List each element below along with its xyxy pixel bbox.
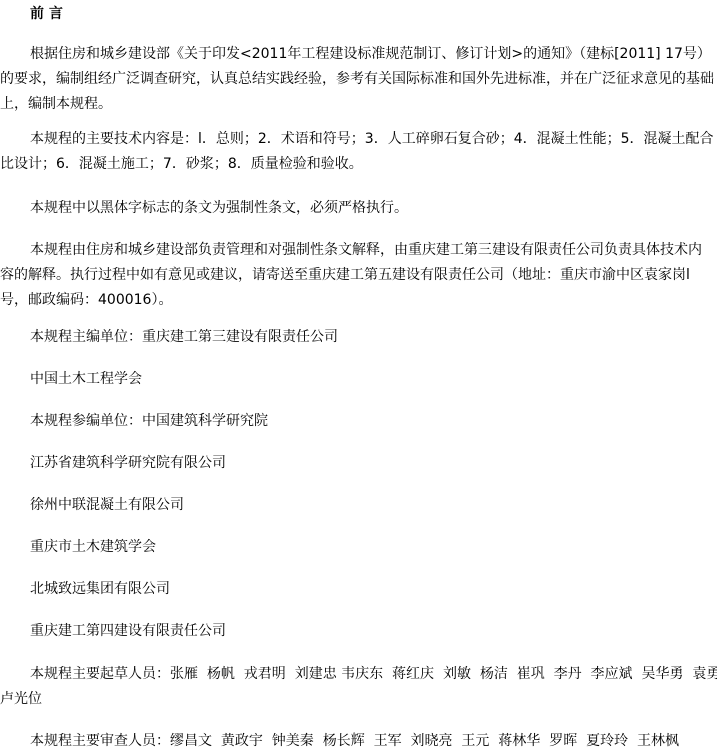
paragraph-reviewers: 本规程主要审查人员：缪昌文 黄政宇 钟美秦 杨长辉 王军 刘晓亮 王元 蒋林华 … <box>0 729 717 747</box>
paragraph-line: 北城致远集团有限公司 <box>0 577 717 602</box>
paragraph-main-contents: 本规程的主要技术内容是：l．总则；2．术语和符号；3．人工碎卵石复合砂；4．混凝… <box>0 127 717 177</box>
paragraph-line: 卢光位 <box>0 687 717 712</box>
paragraph-line: 重庆建工第四建设有限责任公司 <box>0 619 717 644</box>
paragraph-management: 本规程由住房和城乡建设部负责管理和对强制性条文解释，由重庆建工第三建设有限责任公… <box>0 238 717 313</box>
paragraph-line: 徐州中联混凝土有限公司 <box>0 493 717 518</box>
paragraph-participant-3: 徐州中联混凝土有限公司 <box>0 493 717 518</box>
paragraph-basis: 根据住房和城乡建设部《关于印发<2011年工程建设标准规范制订、修订计划>的通知… <box>0 42 717 117</box>
paragraph-line: 容的解释。执行过程中如有意见或建议，请寄送至重庆建工第五建设有限责任公司（地址：… <box>0 263 717 288</box>
paragraph-mandatory: 本规程中以黑体字标志的条文为强制性条文，必须严格执行。 <box>0 196 717 221</box>
paragraph-participant-6: 重庆建工第四建设有限责任公司 <box>0 619 717 644</box>
paragraph-line: 本规程主编单位：重庆建工第三建设有限责任公司 <box>0 325 717 350</box>
paragraph-line: 重庆市土木建筑学会 <box>0 535 717 560</box>
paragraph-line: 号，邮政编码：400016）。 <box>0 288 717 313</box>
paragraph-line: 根据住房和城乡建设部《关于印发<2011年工程建设标准规范制订、修订计划>的通知… <box>0 42 717 67</box>
paragraph-drafters: 本规程主要起草人员：张雁 杨帆 戎君明 刘建忠 韦庆东 蒋红庆 刘敏 杨洁 崔巩… <box>0 662 717 712</box>
paragraph-line: 比设计；6．混凝土施工；7．砂浆；8．质量检验和验收。 <box>0 152 717 177</box>
paragraph-line: 上，编制本规程。 <box>0 92 717 117</box>
paragraph-line: 本规程参编单位：中国建筑科学研究院 <box>0 409 717 434</box>
paragraph-chief-editor: 本规程主编单位：重庆建工第三建设有限责任公司 <box>0 325 717 350</box>
paragraph-participant-2: 江苏省建筑科学研究院有限公司 <box>0 451 717 476</box>
paragraph-participants: 本规程参编单位：中国建筑科学研究院 <box>0 409 717 434</box>
paragraph-line: 本规程主要起草人员：张雁 杨帆 戎君明 刘建忠 韦庆东 蒋红庆 刘敏 杨洁 崔巩… <box>0 662 717 687</box>
paragraph-line: 本规程的主要技术内容是：l．总则；2．术语和符号；3．人工碎卵石复合砂；4．混凝… <box>0 127 717 152</box>
paragraph-line: 本规程中以黑体字标志的条文为强制性条文，必须严格执行。 <box>0 196 717 221</box>
paragraph-participant-5: 北城致远集团有限公司 <box>0 577 717 602</box>
paragraph-line: 江苏省建筑科学研究院有限公司 <box>0 451 717 476</box>
paragraph-line: 中国土木工程学会 <box>0 367 717 392</box>
paragraph-chief-editor-2: 中国土木工程学会 <box>0 367 717 392</box>
paragraph-participant-4: 重庆市土木建筑学会 <box>0 535 717 560</box>
paragraph-line: 本规程由住房和城乡建设部负责管理和对强制性条文解释，由重庆建工第三建设有限责任公… <box>0 238 717 263</box>
document-heading: 前 言 <box>30 4 63 24</box>
paragraph-line: 的要求，编制组经广泛调查研究，认真总结实践经验，参考有关国际标准和国外先进标准，… <box>0 67 717 92</box>
paragraph-line: 本规程主要审查人员：缪昌文 黄政宇 钟美秦 杨长辉 王军 刘晓亮 王元 蒋林华 … <box>0 729 717 747</box>
